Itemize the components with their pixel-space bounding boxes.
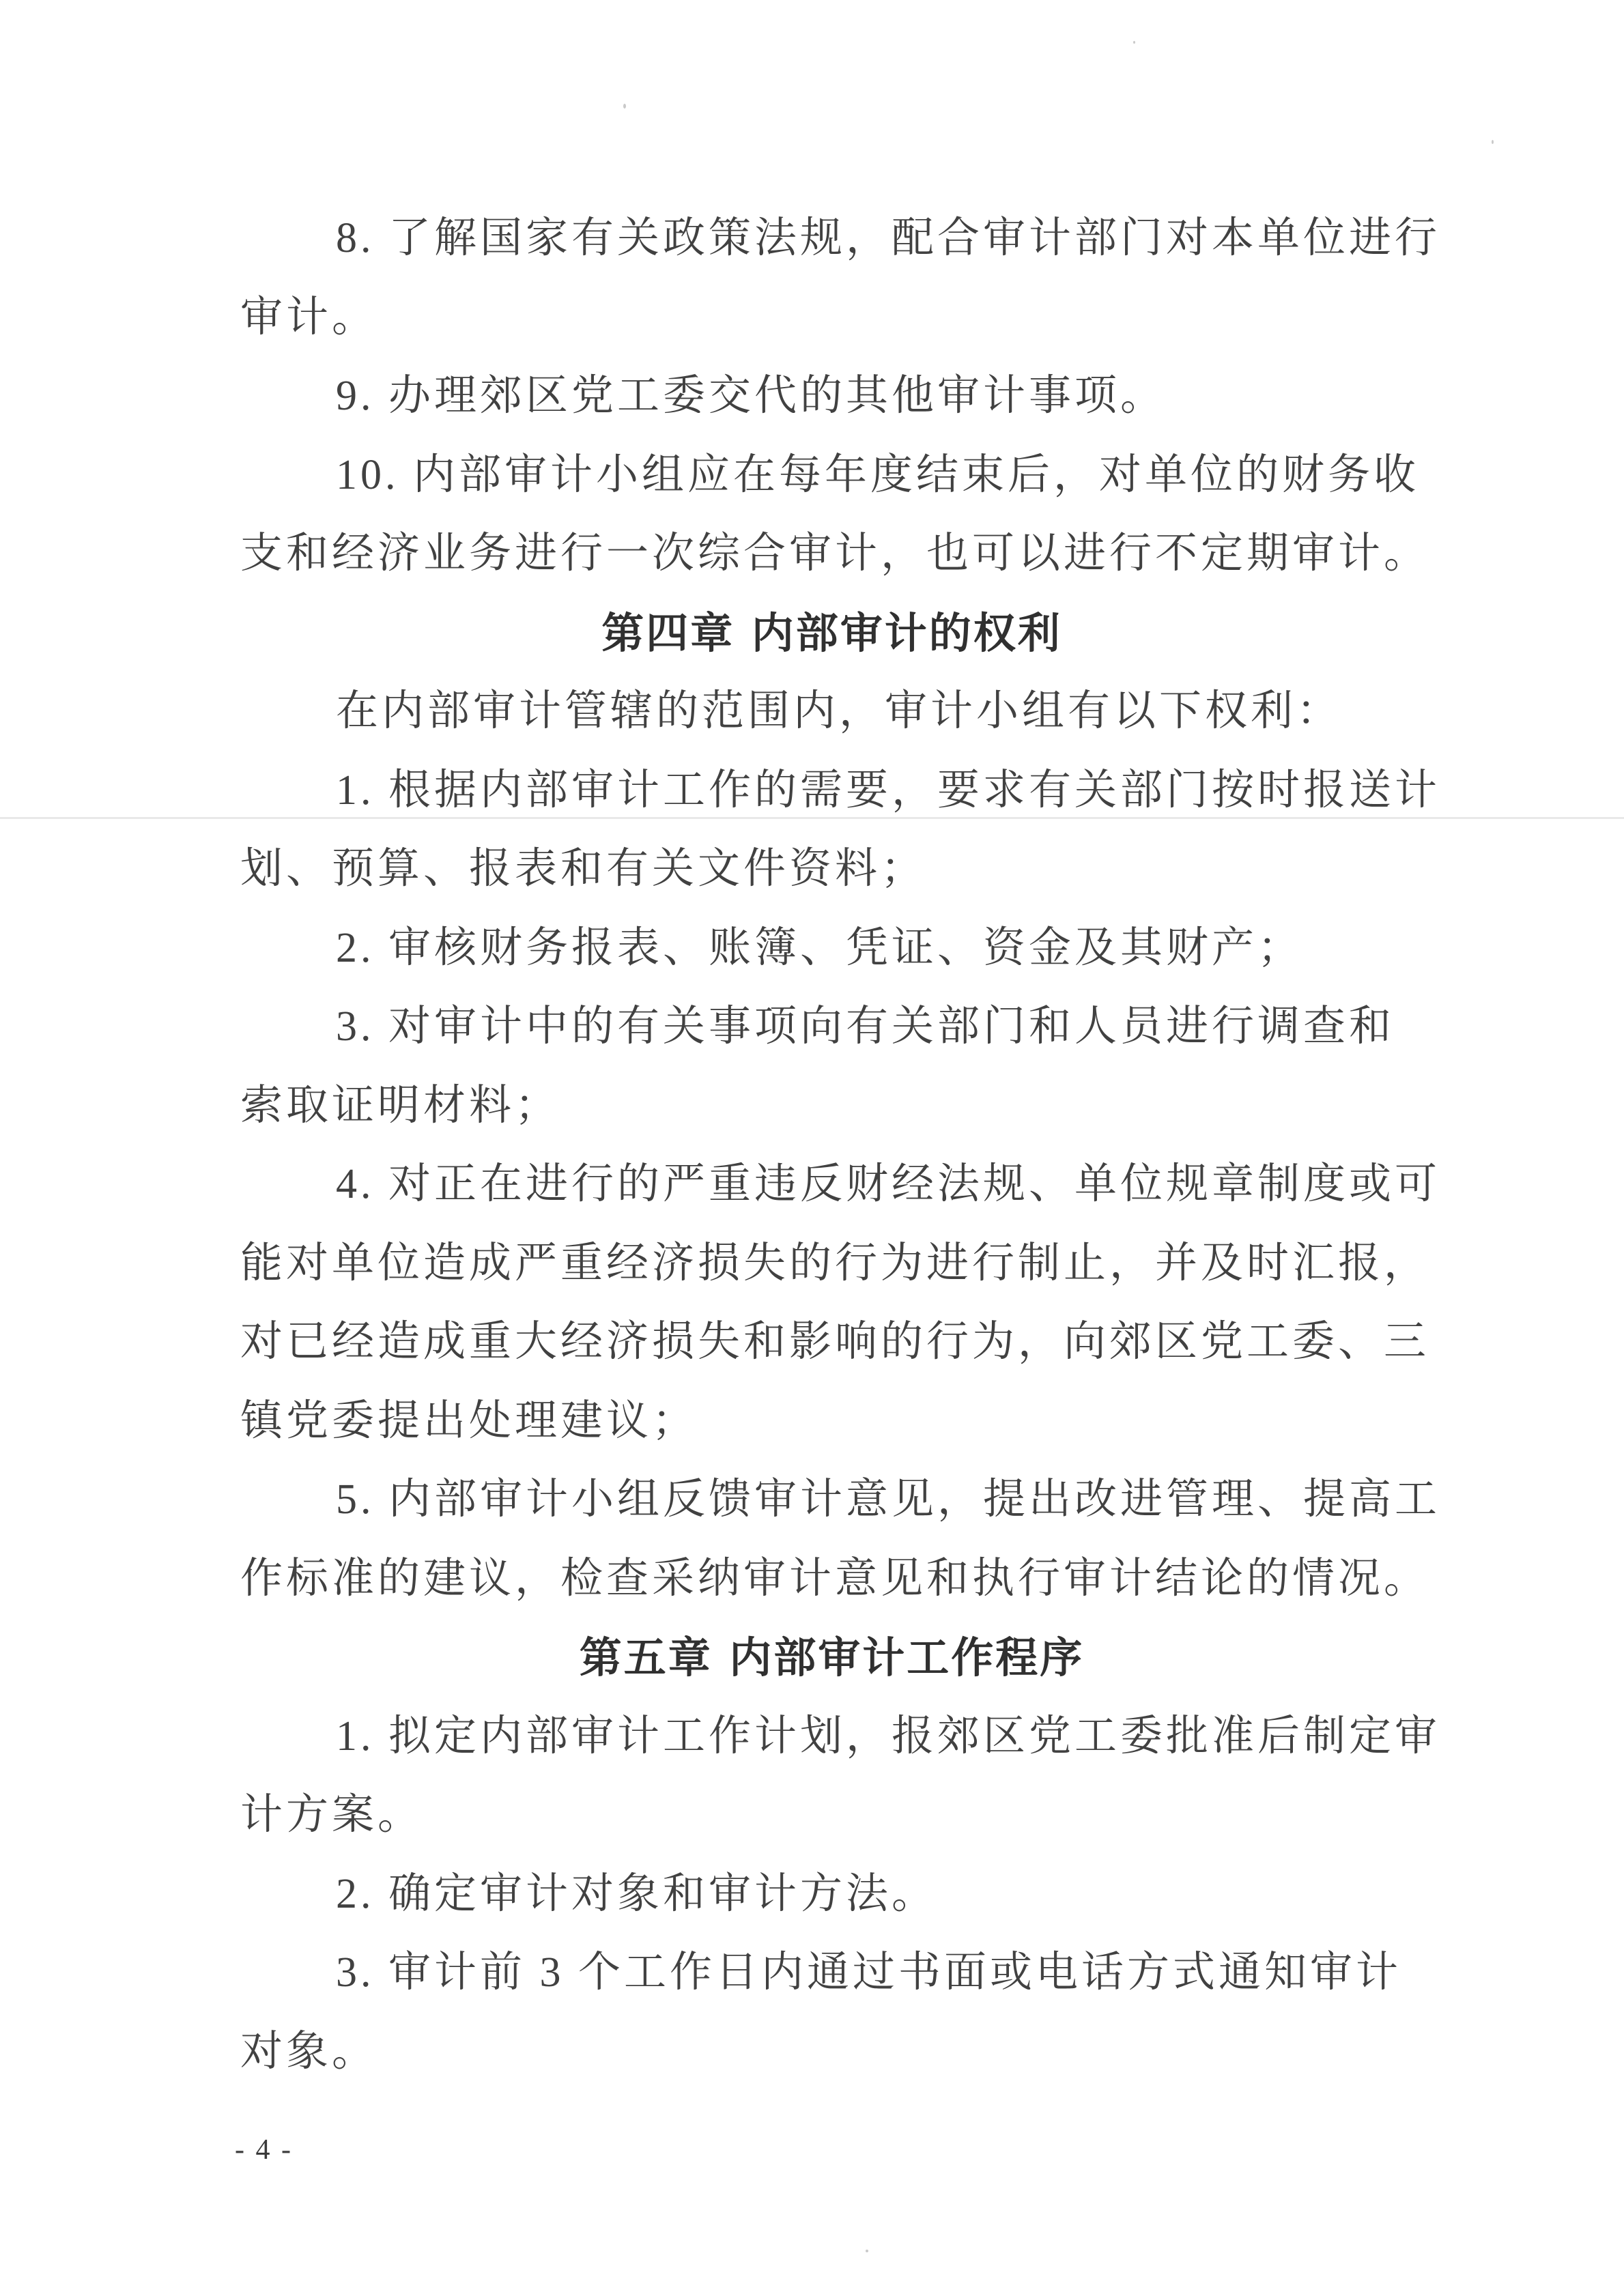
text-line: 镇党委提出处理建议； bbox=[240, 1382, 1423, 1461]
text-line: 索取证明材料； bbox=[240, 1067, 1423, 1146]
text-line: 5. 内部审计小组反馈审计意见，提出改进管理、提高工 bbox=[240, 1461, 1423, 1540]
text-line: 2. 审核财务报表、账簿、凭证、资金及其财产； bbox=[240, 909, 1423, 988]
scan-speck bbox=[866, 2250, 868, 2252]
chapter-heading: 第五章 内部审计工作程序 bbox=[240, 1618, 1423, 1697]
text-line: 3. 审计前 3 个工作日内通过书面或电话方式通知审计 bbox=[240, 1934, 1423, 2013]
text-line: 4. 对正在进行的严重违反财经法规、单位规章制度或可 bbox=[240, 1145, 1423, 1224]
text-line: 1. 拟定内部审计工作计划，报郊区党工委批准后制定审 bbox=[240, 1697, 1423, 1777]
text-line: 对已经造成重大经济损失和影响的行为，向郊区党工委、三 bbox=[240, 1303, 1423, 1382]
scan-speck bbox=[1133, 41, 1135, 44]
document-page: 8. 了解国家有关政策法规，配合审计部门对本单位进行审计。9. 办理郊区党工委交… bbox=[0, 0, 1624, 2296]
document-body: 8. 了解国家有关政策法规，配合审计部门对本单位进行审计。9. 办理郊区党工委交… bbox=[240, 199, 1423, 2091]
text-line: 3. 对审计中的有关事项向有关部门和人员进行调查和 bbox=[240, 988, 1423, 1067]
text-line: 在内部审计管辖的范围内，审计小组有以下权利： bbox=[240, 672, 1423, 751]
chapter-heading: 第四章 内部审计的权利 bbox=[240, 594, 1423, 673]
text-line: 支和经济业务进行一次综合审计，也可以进行不定期审计。 bbox=[240, 515, 1423, 594]
text-line: 划、预算、报表和有关文件资料； bbox=[240, 830, 1423, 909]
text-line: 9. 办理郊区党工委交代的其他审计事项。 bbox=[240, 357, 1423, 436]
text-line: 10. 内部审计小组应在每年度结束后，对单位的财务收 bbox=[240, 436, 1423, 515]
text-line: 8. 了解国家有关政策法规，配合审计部门对本单位进行 bbox=[240, 199, 1423, 278]
text-line: 审计。 bbox=[240, 278, 1423, 358]
text-line: 对象。 bbox=[240, 2013, 1423, 2092]
scan-speck bbox=[623, 104, 626, 109]
text-line: 能对单位造成严重经济损失的行为进行制止，并及时汇报， bbox=[240, 1224, 1423, 1304]
page-number: - 4 - bbox=[235, 2134, 293, 2166]
text-line: 1. 根据内部审计工作的需要，要求有关部门按时报送计 bbox=[240, 751, 1423, 831]
scan-speck bbox=[1492, 140, 1494, 144]
text-line: 作标准的建议，检查采纳审计意见和执行审计结论的情况。 bbox=[240, 1540, 1423, 1619]
text-line: 2. 确定审计对象和审计方法。 bbox=[240, 1855, 1423, 1934]
text-line: 计方案。 bbox=[240, 1776, 1423, 1855]
